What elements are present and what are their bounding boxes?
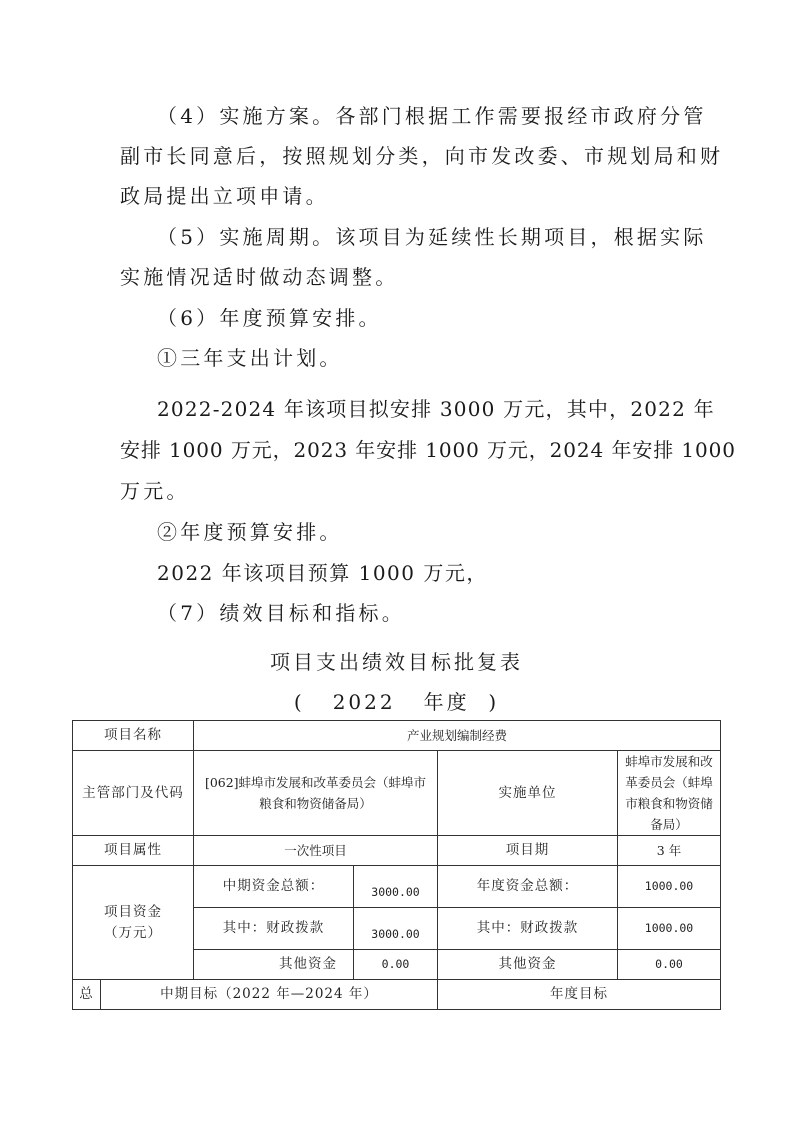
mid-other-value: 0.00 [354, 950, 438, 980]
dept-label: 主管部门及代码 [73, 751, 194, 836]
period-value: 3 年 [618, 836, 721, 866]
year-goal-label: 年度目标 [438, 980, 721, 1010]
year-fiscal-label: 其中：财政拨款 [438, 908, 618, 950]
impl-unit-value: 蚌埠市发展和改革委员会（蚌埠市粮食和物资储备局） [618, 751, 721, 836]
paragraph-line: （6）年度预算安排。 [157, 302, 382, 331]
paragraph-line: 实施情况适时做动态调整。 [120, 261, 398, 290]
paragraph-line: 安排 1000 万元，2023 年安排 1000 万元，2024 年安排 100… [120, 434, 736, 463]
table-title: 项目支出绩效目标批复表 [0, 646, 793, 675]
paragraph-line: ②年度预算安排。 [157, 516, 343, 545]
mid-goal-label: 中期目标（2022 年—2024 年） [101, 980, 438, 1010]
paragraph-line: 2022-2024 年该项目拟安排 3000 万元，其中，2022 年 [157, 393, 715, 422]
year-fiscal-value: 1000.00 [618, 908, 721, 950]
year-total-value: 1000.00 [618, 866, 721, 908]
period-label: 项目期 [438, 836, 618, 866]
table-subtitle: ( 2022 年度 ) [0, 686, 793, 715]
mid-total-value: 3000.00 [354, 866, 438, 908]
impl-unit-label: 实施单位 [438, 751, 618, 836]
paragraph-line: （7）绩效目标和指标。 [157, 597, 405, 626]
year-other-label: 其他资金 [438, 950, 618, 980]
attr-label: 项目属性 [73, 836, 194, 866]
paragraph-line: （4）实施方案。各部门根据工作需要报经市政府分管 [157, 100, 707, 129]
dept-value: [062]蚌埠市发展和改革委员会（蚌埠市粮食和物资储备局） [194, 751, 438, 836]
paragraph-line: 副市长同意后，按照规划分类，向市发改委、市规划局和财 [120, 140, 723, 169]
paragraph-line: 政局提出立项申请。 [120, 180, 329, 209]
paragraph-line: 万元。 [120, 475, 190, 504]
total-label: 总 [73, 980, 101, 1010]
paragraph-line: （5）实施周期。该项目为延续性长期项目，根据实际 [157, 221, 707, 250]
year-total-label: 年度资金总额： [438, 866, 618, 908]
year-other-value: 0.00 [618, 950, 721, 980]
project-name-label: 项目名称 [73, 721, 194, 751]
attr-value: 一次性项目 [194, 836, 438, 866]
mid-total-label: 中期资金总额： [194, 866, 354, 908]
mid-fiscal-label: 其中：财政拨款 [194, 908, 354, 950]
performance-target-table: 项目名称 产业规划编制经费 主管部门及代码 [062]蚌埠市发展和改革委员会（蚌… [72, 720, 721, 1010]
funds-label: 项目资金（万元） [73, 866, 194, 980]
paragraph-line: 2022 年该项目预算 1000 万元， [157, 557, 488, 586]
mid-fiscal-value: 3000.00 [354, 908, 438, 950]
mid-other-label: 其他资金 [194, 950, 354, 980]
project-name-value: 产业规划编制经费 [194, 721, 721, 751]
paragraph-line: ①三年支出计划。 [157, 342, 343, 371]
